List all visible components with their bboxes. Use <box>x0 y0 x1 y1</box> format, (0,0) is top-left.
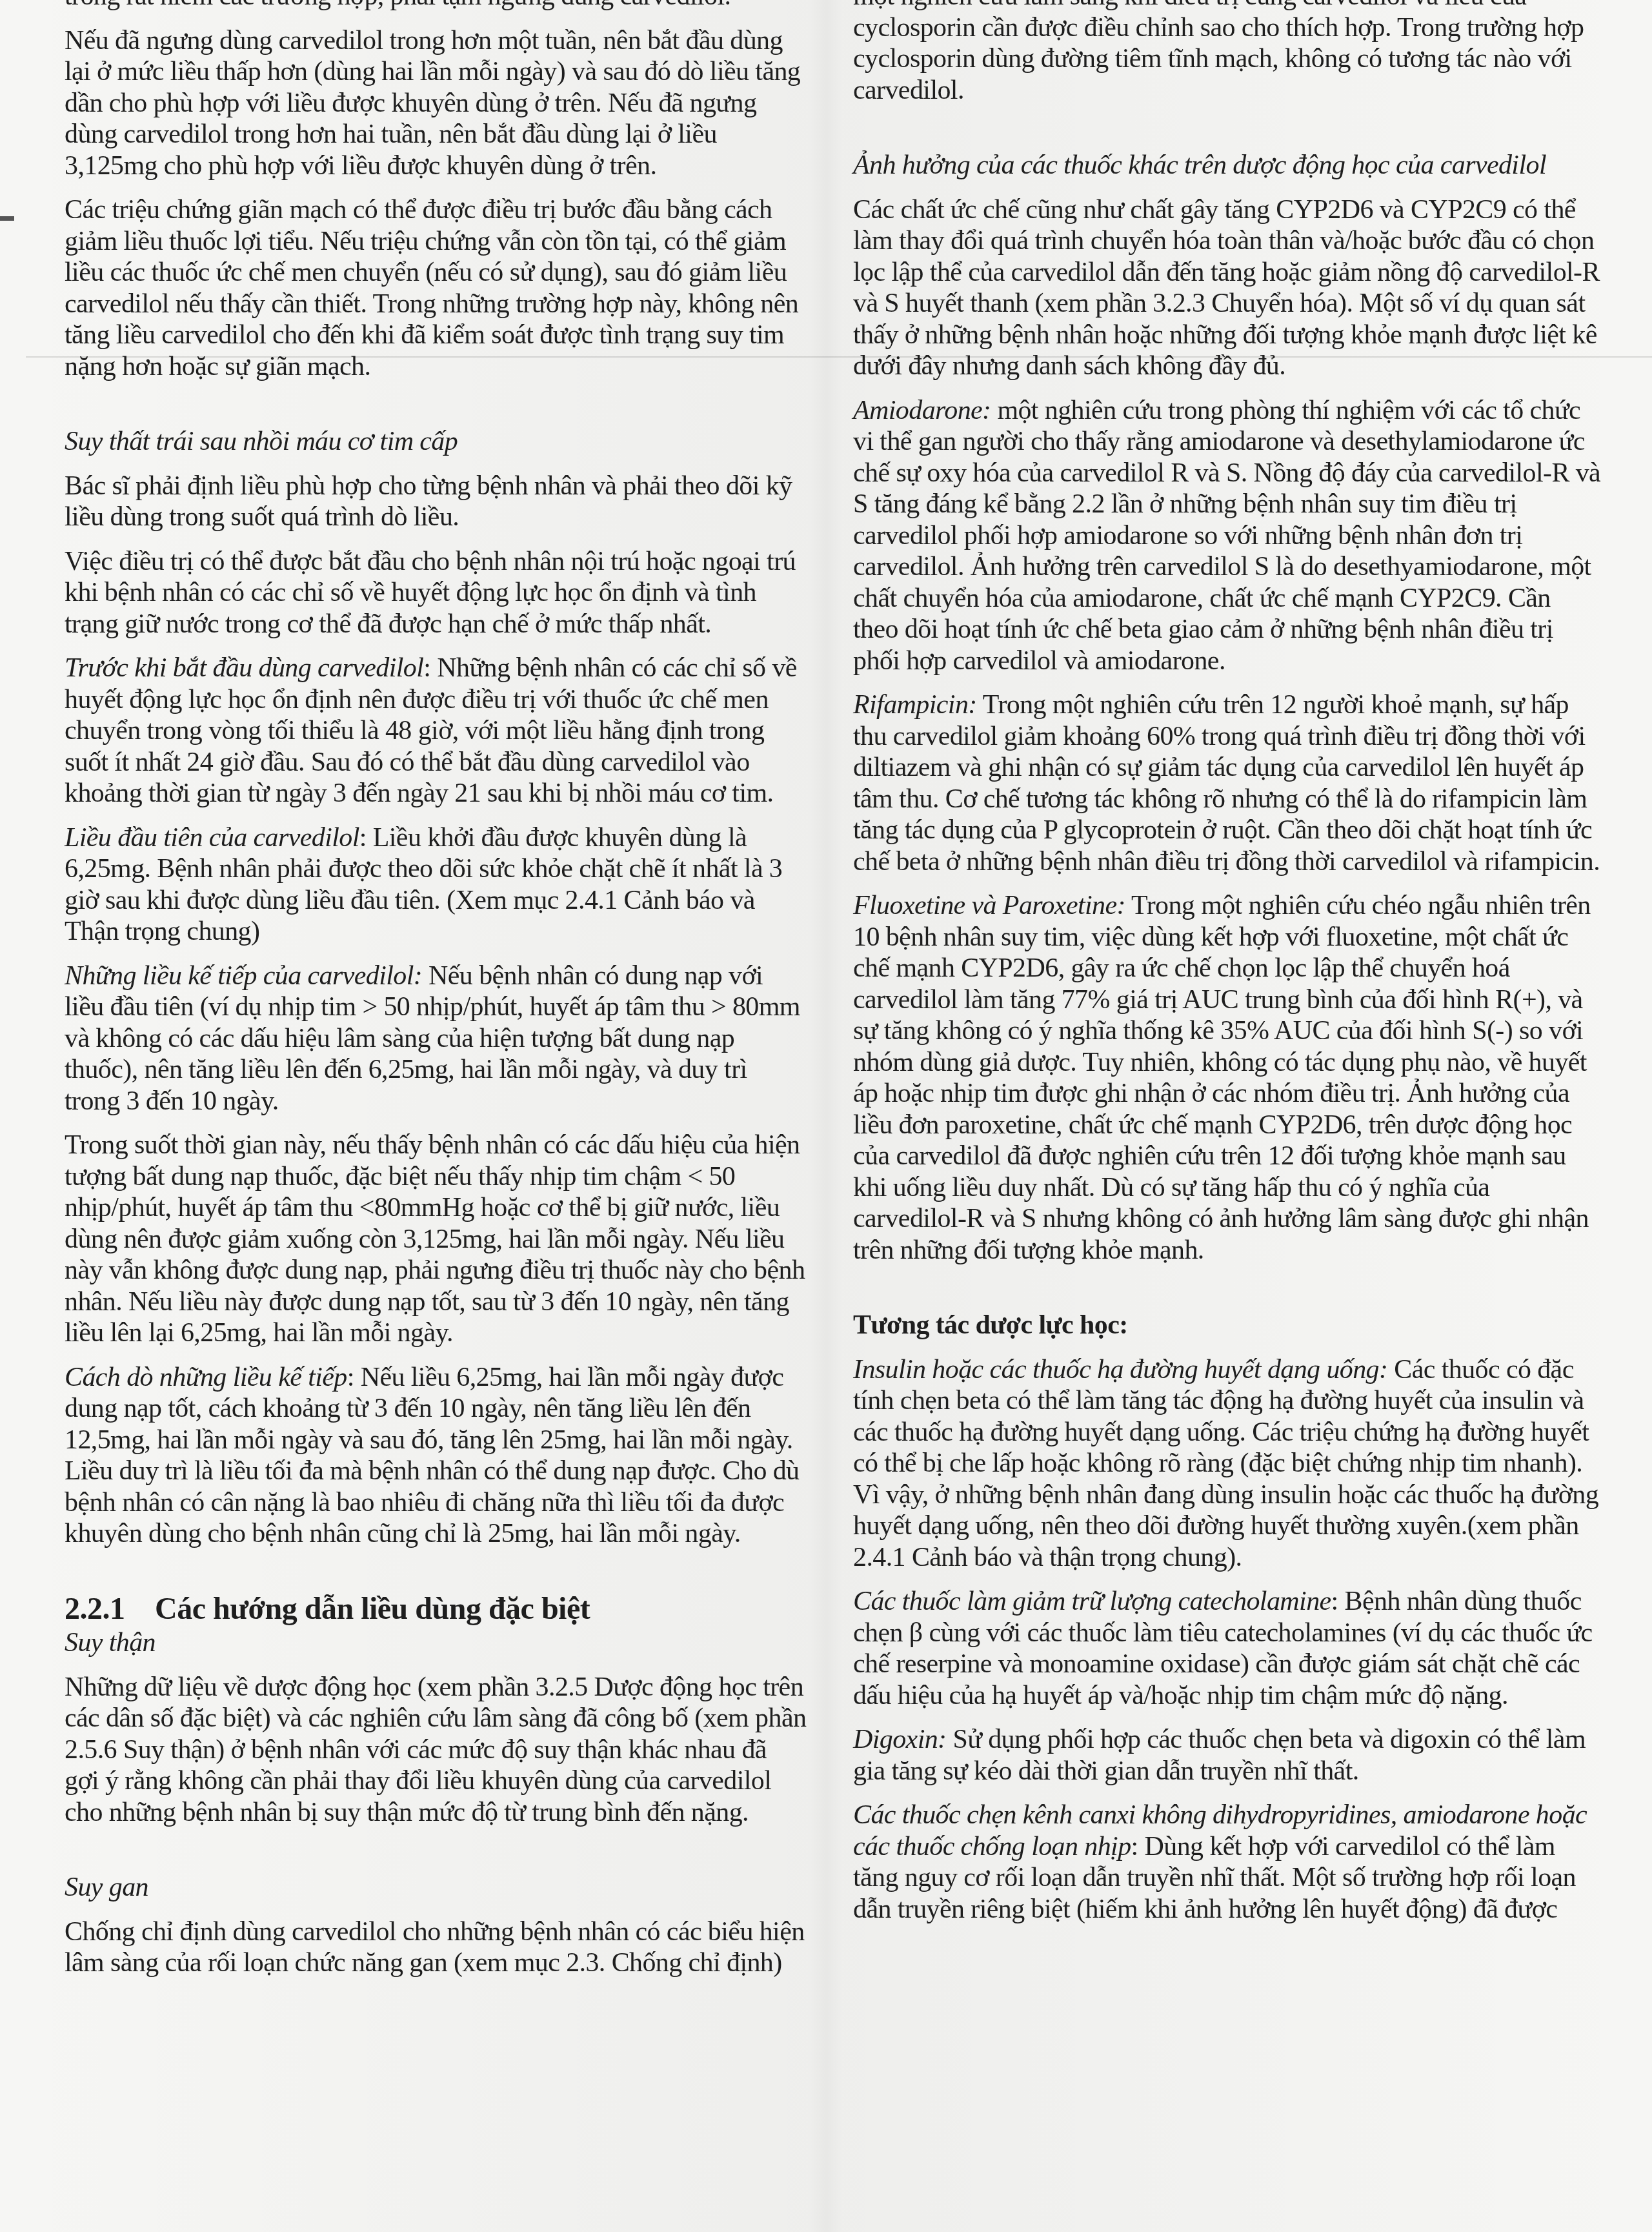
inline-text: Trong một nghiên cứu chéo ngẫu nhiên trê… <box>853 891 1591 1265</box>
paragraph: Trong suốt thời gian này, nếu thấy bệnh … <box>65 1130 807 1349</box>
paragraph: Việc điều trị có thể được bắt đầu cho bệ… <box>65 546 807 640</box>
left-column: trong rất hiếm các trường hợp, phải tạm … <box>65 0 807 1992</box>
paragraph-first-dose: Liều đầu tiên của carvedilol: Liều khởi … <box>65 822 807 948</box>
paragraph: Những dữ liệu về dược động học (xem phần… <box>65 1672 807 1829</box>
paragraph-rifampicin: Rifampicin: Trong một nghiên cứu trên 12… <box>853 689 1602 877</box>
inline-text: một nghiên cứu trong phòng thí nghiệm vớ… <box>853 396 1600 676</box>
heading-pharmacodynamic-interactions: Tương tác dược lực học: <box>853 1310 1602 1341</box>
paragraph-before-start: Trước khi bắt đầu dùng carvedilol: Những… <box>65 653 807 809</box>
scanned-page: trong rất hiếm các trường hợp, phải tạm … <box>0 0 1652 2232</box>
paragraph-digoxin: Digoxin: Sử dụng phối hợp các thuốc chẹn… <box>853 1724 1602 1787</box>
spacer <box>65 395 807 426</box>
spacer <box>853 119 1602 150</box>
scan-edge-mark <box>0 216 14 221</box>
inline-label: Fluoxetine và Paroxetine: <box>853 891 1125 920</box>
right-column: một nghiên cứu lâm sàng khi điều trị cùn… <box>853 0 1602 1938</box>
spacer <box>853 1279 1602 1310</box>
section-heading: 2.2.1Các hướng dẫn liều dùng đặc biệt <box>65 1594 807 1625</box>
spacer <box>65 1563 807 1594</box>
section-number: 2.2.1 <box>65 1594 155 1625</box>
spacer <box>65 1841 807 1872</box>
inline-label: Liều đầu tiên của carvedilol <box>65 823 359 853</box>
inline-label: Amiodarone: <box>853 396 991 425</box>
paragraph: một nghiên cứu lâm sàng khi điều trị cùn… <box>853 0 1602 106</box>
paragraph-titration: Cách dò những liều kế tiếp: Nếu liều 6,2… <box>65 1362 807 1550</box>
inline-label: Digoxin: <box>853 1725 947 1754</box>
paragraph: trong rất hiếm các trường hợp, phải tạm … <box>65 0 807 12</box>
subheading-pk-effects: Ảnh hưởng của các thuốc khác trên dược đ… <box>853 150 1602 181</box>
paragraph-catecholamine: Các thuốc làm giảm trữ lượng catecholami… <box>853 1586 1602 1711</box>
paragraph-amiodarone: Amiodarone: một nghiên cứu trong phòng t… <box>853 395 1602 677</box>
paragraph: Chống chỉ định dùng carvedilol cho những… <box>65 1916 807 1979</box>
subheading-renal-failure: Suy thận <box>65 1627 807 1659</box>
inline-label: Trước khi bắt đầu dùng carvedilol <box>65 653 423 683</box>
paragraph: Các triệu chứng giãn mạch có thể được đi… <box>65 194 807 382</box>
inline-label: Rifampicin: <box>853 690 977 720</box>
subheading-hepatic-failure: Suy gan <box>65 1872 807 1903</box>
inline-label: Cách dò những liều kế tiếp <box>65 1363 347 1392</box>
paragraph-subsequent-doses: Những liều kế tiếp của carvedilol: Nếu b… <box>65 960 807 1117</box>
paragraph: Bác sĩ phải định liều phù hợp cho từng b… <box>65 471 807 533</box>
paragraph: Các chất ức chế cũng như chất gây tăng C… <box>853 194 1602 382</box>
inline-label: Các thuốc làm giảm trữ lượng catecholami… <box>853 1587 1331 1616</box>
inline-text: Các thuốc có đặc tính chẹn beta có thể l… <box>853 1355 1598 1572</box>
inline-label: Insulin hoặc các thuốc hạ đường huyết dạ… <box>853 1355 1387 1385</box>
section-title: Các hướng dẫn liều dùng đặc biệt <box>155 1592 590 1626</box>
paragraph-calcium-channel-blockers: Các thuốc chẹn kênh canxi không dihydrop… <box>853 1800 1602 1925</box>
subheading-left-ventricular-failure: Suy thất trái sau nhồi máu cơ tim cấp <box>65 426 807 458</box>
inline-text: Sử dụng phối hợp các thuốc chẹn beta và … <box>853 1725 1586 1786</box>
paragraph: Nếu đã ngưng dùng carvedilol trong hơn m… <box>65 25 807 182</box>
inline-label: Những liều kế tiếp của carvedilol: <box>65 961 422 991</box>
paragraph-fluoxetine-paroxetine: Fluoxetine và Paroxetine: Trong một nghi… <box>853 890 1602 1266</box>
paragraph-insulin: Insulin hoặc các thuốc hạ đường huyết dạ… <box>853 1354 1602 1574</box>
